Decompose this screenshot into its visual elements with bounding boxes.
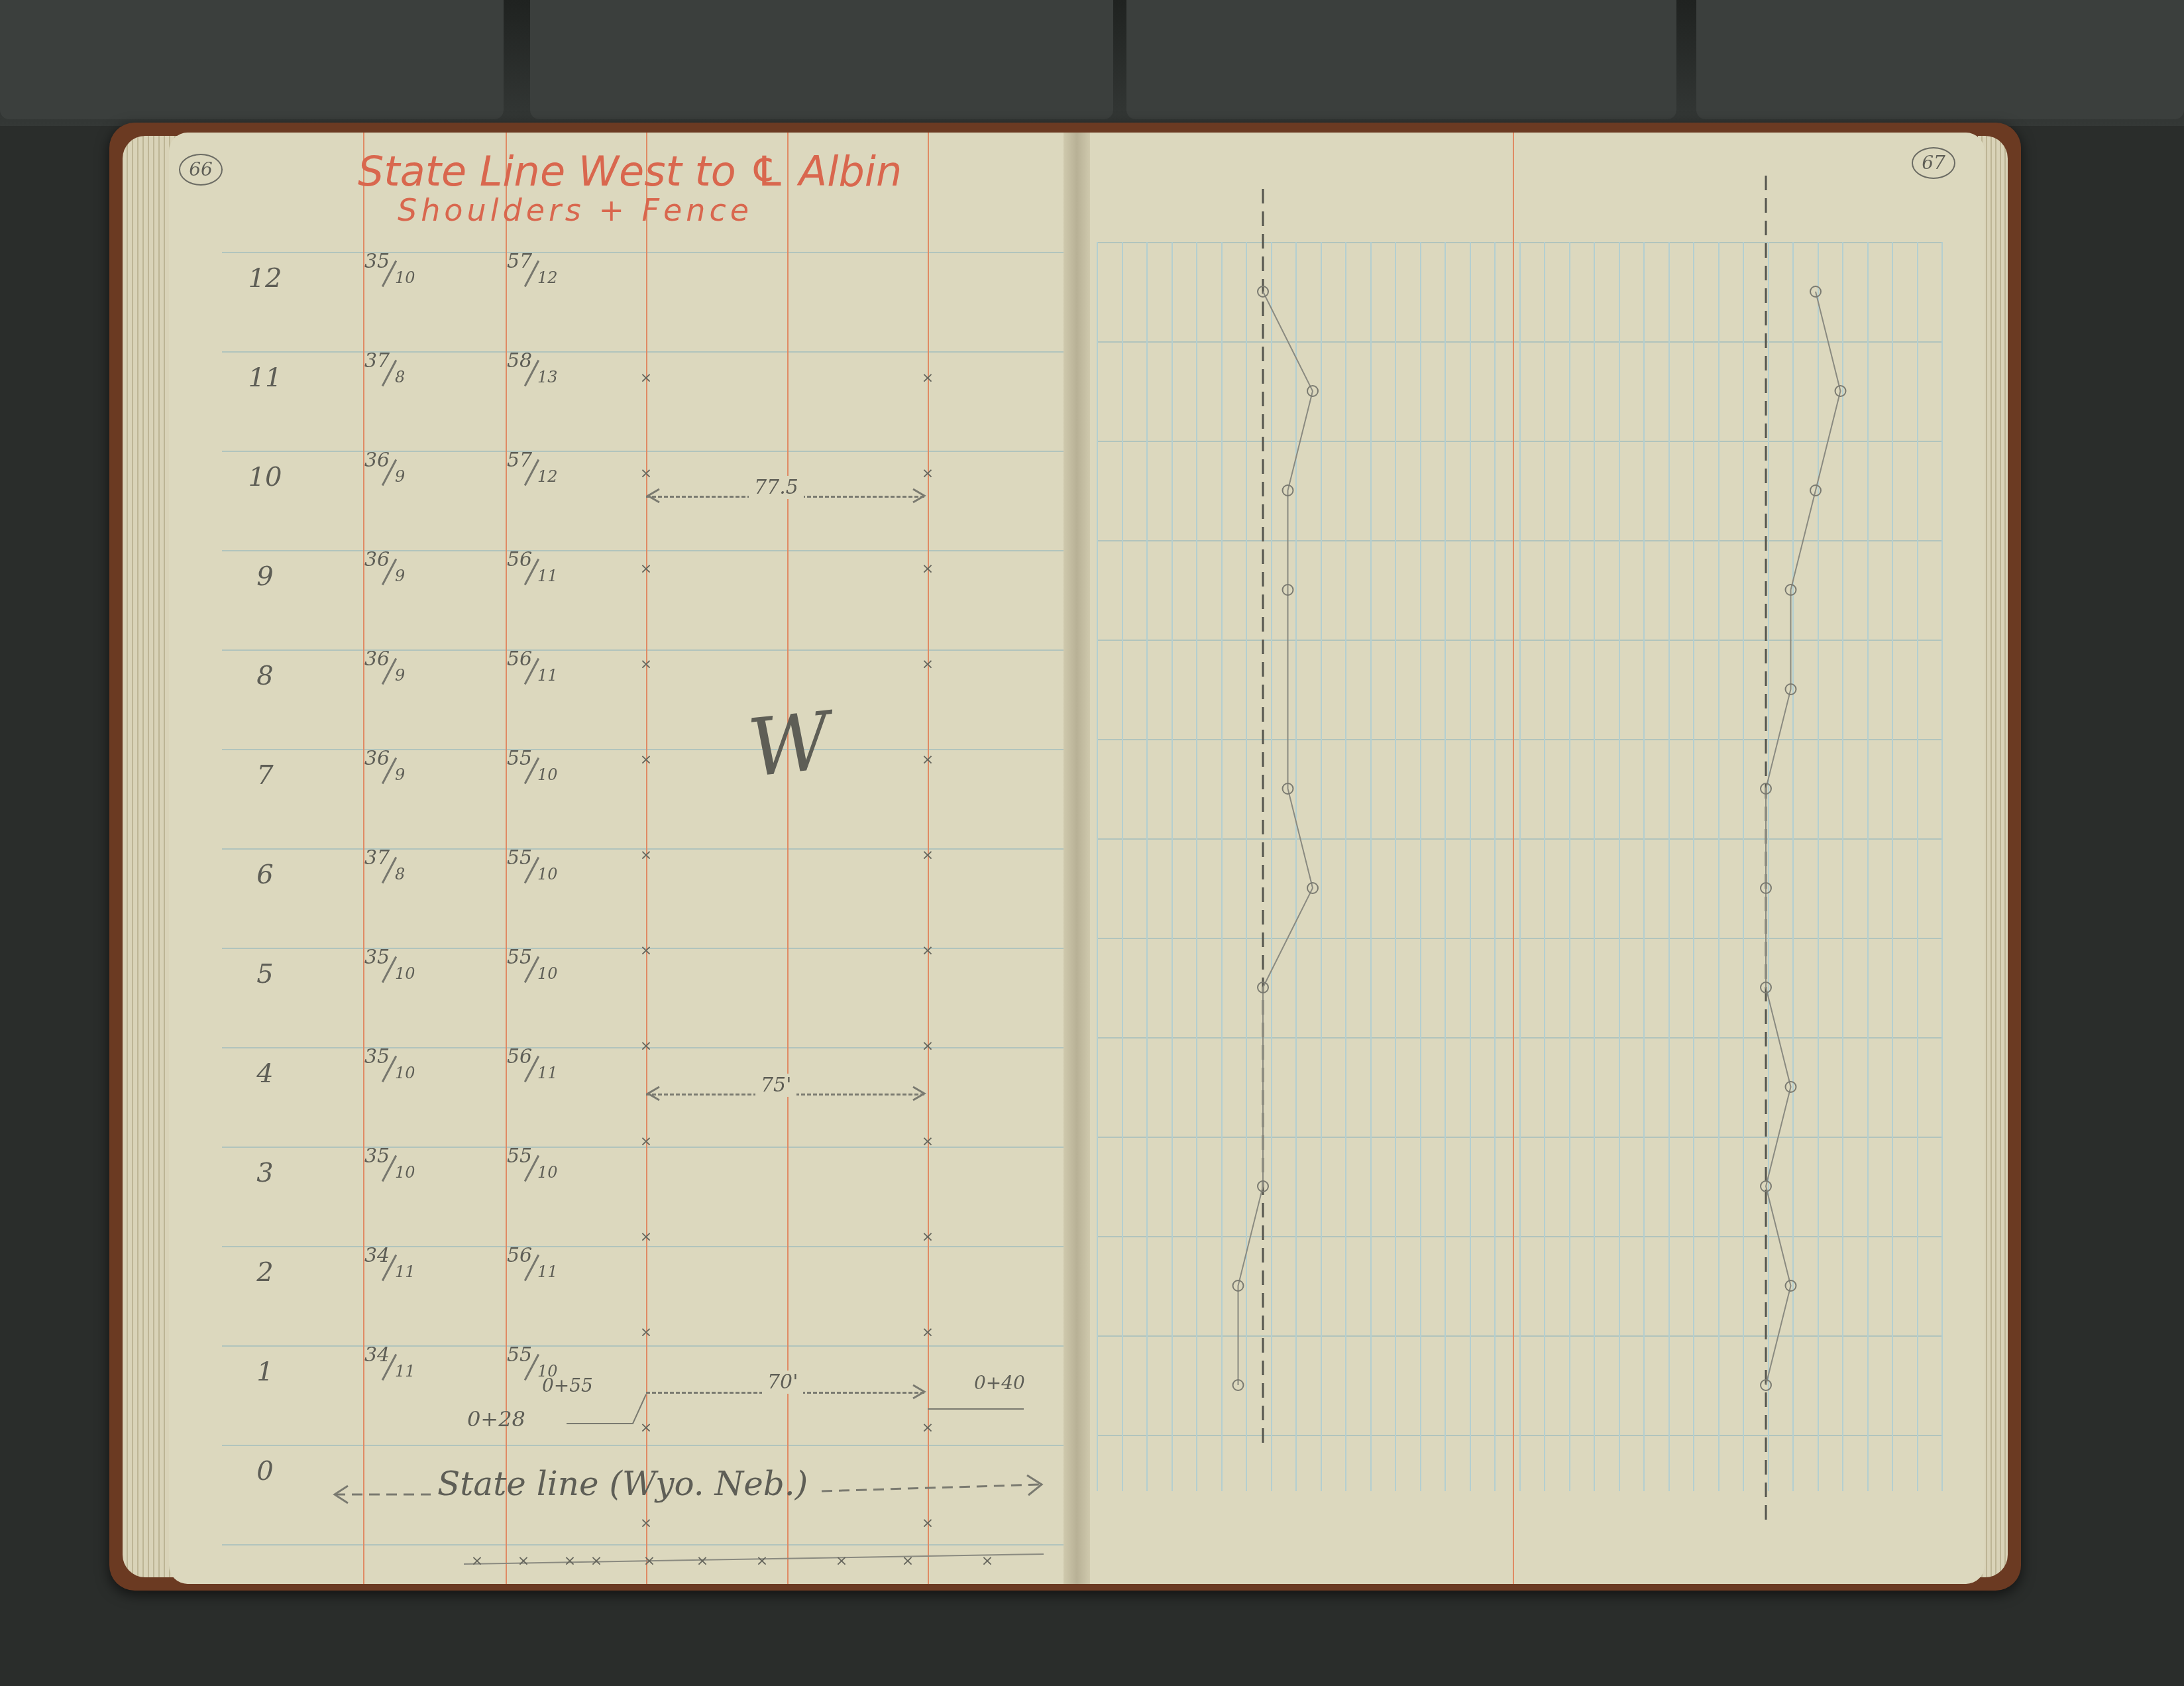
shoulder-plot	[0, 0, 2184, 1686]
